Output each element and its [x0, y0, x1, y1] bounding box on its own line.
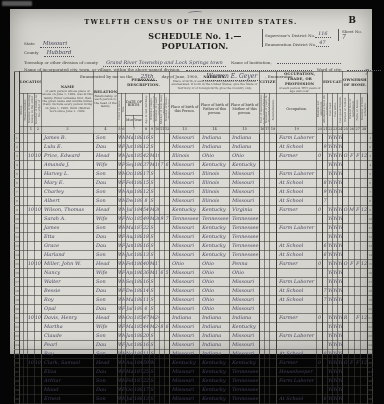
column-group-header: NATIVITY.Place of birth of each person a… — [170, 72, 260, 94]
cell-farm-schedule — [361, 188, 368, 197]
cell-dob-month: Jan — [126, 332, 134, 341]
table-row: 6Mary E.DauWFFeb188515SMissouriIllinoisM… — [15, 179, 373, 188]
cell-relation: Son — [94, 251, 118, 260]
cell-age: 13 — [143, 251, 150, 260]
cell-naturalization — [270, 215, 277, 224]
cell-age: 37 — [143, 161, 150, 170]
enumeration-district-value: 47 — [316, 40, 328, 47]
cell-family — [35, 287, 42, 296]
cell-name: Walter — [42, 278, 94, 287]
cell-birthplace: Illinois — [170, 152, 200, 161]
column-number: 3 — [42, 127, 94, 134]
census-table-wrap: LOCATION.NAMEof each person whose place … — [14, 71, 368, 352]
cell-dwelling — [28, 269, 35, 278]
cell-birthplace: Ohio — [170, 260, 200, 269]
cell-birthplace: Missouri — [170, 251, 200, 260]
cell-relation: Son — [94, 278, 118, 287]
cell-birthplace: Indiana — [170, 314, 200, 323]
cell-relation: Head — [94, 152, 118, 161]
cell-age: 20 — [143, 332, 150, 341]
cell-mother-birthplace: Penna — [230, 260, 260, 269]
cell-dob-month: Dec — [126, 197, 134, 206]
table-header: LOCATION.NAMEof each person whose place … — [15, 72, 373, 134]
cell-dob-month: Jun — [126, 341, 134, 350]
cell-name: Etta — [42, 233, 94, 242]
cell-dwelling: 105 — [28, 260, 35, 269]
cell-name: Claude — [42, 332, 94, 341]
column-number: 1 — [28, 127, 35, 134]
cell-dob-year: 1887 — [134, 143, 143, 152]
cell-age: 11 — [143, 350, 150, 359]
cell-dwelling — [28, 251, 35, 260]
cell-name: Mary E. — [42, 179, 94, 188]
cell-dob-year: 1884 — [134, 134, 143, 143]
cell-farm-schedule — [361, 134, 368, 143]
column-number: 18 — [270, 127, 277, 134]
cell-father-birthplace: Kentucky — [200, 251, 230, 260]
cell-age: 17 — [143, 170, 150, 179]
cell-farm-schedule — [361, 242, 368, 251]
cell-dwelling — [28, 161, 35, 170]
line-number-right: 22 — [368, 323, 373, 332]
column-header: Place of birth of Father of this person. — [200, 94, 230, 127]
cell-father-birthplace: Indiana — [200, 332, 230, 341]
cell-birthplace: Missouri — [170, 323, 200, 332]
line-number-right: 21 — [368, 314, 373, 323]
line-number-right: 1 — [368, 134, 373, 143]
cell-birthplace: Missouri — [170, 269, 200, 278]
cell-father-birthplace: Indiana — [200, 341, 230, 350]
cell-name: Bessie — [42, 287, 94, 296]
line-number-right: 15 — [368, 260, 373, 269]
cell-dob-month: Nov — [126, 350, 134, 359]
column-header: DATE OF BIRTH. — [126, 94, 143, 115]
enumeration-district-label: Enumeration District No. — [265, 42, 316, 47]
cell-naturalization — [270, 359, 277, 365]
column-number: 4 — [94, 127, 118, 134]
cell-birthplace: Kentucky — [170, 359, 200, 365]
cell-dob-month: Sep — [126, 161, 134, 170]
column-header: Number of family, in the order of visita… — [35, 94, 42, 127]
column-number: 14 — [200, 127, 230, 134]
cell-farm-schedule: 124 — [361, 314, 368, 323]
cell-family — [35, 341, 42, 350]
cell-relation: Wife — [94, 269, 118, 278]
cell-farm-schedule: 125 — [361, 359, 368, 365]
cell-relation: Son — [94, 350, 118, 359]
cell-naturalization — [270, 350, 277, 359]
cell-father-birthplace: Kentucky — [200, 359, 230, 365]
cell-father-birthplace: Indiana — [200, 314, 230, 323]
cell-dob-year: 1856 — [134, 323, 143, 332]
cell-dob-month: Jun — [126, 251, 134, 260]
census-title: TWELFTH CENSUS OF THE UNITED STATES. — [10, 18, 372, 26]
cell-dwelling — [28, 323, 35, 332]
line-number-right: 5 — [368, 170, 373, 179]
cell-birthplace: Missouri — [170, 287, 200, 296]
cell-family — [35, 224, 42, 233]
cell-farm-schedule — [361, 305, 368, 314]
cell-age: 14 — [143, 287, 150, 296]
table-row: 25RaySonWMNov188811SMissouriIndianaMisso… — [15, 350, 373, 359]
column-group-header: NAMEof each person whose place of abode … — [42, 72, 94, 127]
cell-dob-year: 1880 — [134, 332, 143, 341]
table-row: 26107108Clark, SamuelHeadWMAug184059WdKe… — [15, 359, 373, 365]
cell-father-birthplace: Ohio — [200, 278, 230, 287]
cell-name: Roy — [42, 296, 94, 305]
line-number-right: 20 — [368, 305, 373, 314]
cell-family — [35, 305, 42, 314]
cell-name: Martha — [42, 323, 94, 332]
cell-naturalization — [270, 341, 277, 350]
cell-occupation: At School — [277, 242, 317, 251]
cell-naturalization — [270, 305, 277, 314]
cell-name: Pearl — [42, 341, 94, 350]
cell-birthplace: Kentucky — [170, 206, 200, 215]
cell-naturalization — [270, 323, 277, 332]
cell-age: 15 — [143, 179, 150, 188]
cell-occupation: Farm Laborer — [277, 224, 317, 233]
column-header: Age at last birthday. — [143, 94, 150, 127]
cell-birthplace: Missouri — [170, 170, 200, 179]
table-row: 8AlbertSonWMDec18918SMissouriIllinoisMis… — [15, 197, 373, 206]
column-number: 8 — [143, 127, 150, 134]
line-number-right: 14 — [368, 251, 373, 260]
cell-dob-year: 1878 — [134, 224, 143, 233]
cell-mother-birthplace: Kentucky — [230, 359, 260, 365]
cell-dwelling — [28, 170, 35, 179]
cell-birthplace: Missouri — [170, 224, 200, 233]
line-number-right: 25 — [368, 350, 373, 359]
cell-family — [35, 179, 42, 188]
cell-age: 16 — [143, 341, 150, 350]
line-number-right: 17 — [368, 278, 373, 287]
cell-age: 16 — [143, 278, 150, 287]
cell-relation: Son — [94, 224, 118, 233]
film-edge-label — [2, 1, 32, 6]
column-group-header: LOCATION. — [20, 72, 42, 94]
table-row: 16NancyWifeWFApr186436M1765MissouriOhioO… — [15, 269, 373, 278]
table-row: 3103104Price, EdwardHeadWMJan185842M19Il… — [15, 152, 373, 161]
cell-occupation: At School — [277, 197, 317, 206]
cell-dob-year: 1882 — [134, 170, 143, 179]
cell-dwelling — [28, 332, 35, 341]
cell-birthplace: Missouri — [170, 143, 200, 152]
cell-dwelling — [28, 287, 35, 296]
cell-dob-year: 1860 — [134, 260, 143, 269]
cell-occupation: Farm Laborer — [277, 170, 317, 179]
cell-dwelling — [28, 305, 35, 314]
dob-sub-header: Month. — [126, 115, 134, 127]
cell-birthplace: Missouri — [170, 179, 200, 188]
cell-naturalization — [270, 143, 277, 152]
cell-occupation — [277, 269, 317, 278]
cell-dob-year: 1888 — [134, 188, 143, 197]
cell-farm-schedule — [361, 179, 368, 188]
cell-father-birthplace: Illinois — [200, 188, 230, 197]
cell-relation: Wife — [94, 323, 118, 332]
cell-family — [35, 233, 42, 242]
cell-name: James — [42, 224, 94, 233]
cell-mother-birthplace: Tennessee — [230, 251, 260, 260]
cell-naturalization — [270, 233, 277, 242]
cell-naturalization — [270, 278, 277, 287]
cell-relation: Dau — [94, 233, 118, 242]
microfilm-background: { "header": { "title": "TWELFTH CENSUS O… — [0, 0, 384, 365]
column-header: Mother of how many children. — [160, 94, 165, 127]
column-number: 13 — [170, 127, 200, 134]
cell-relation: Son — [94, 332, 118, 341]
cell-dob-month: Aug — [126, 233, 134, 242]
cell-dwelling — [28, 224, 35, 233]
cell-name: James B. — [42, 134, 94, 143]
cell-mother-birthplace: Tennessee — [230, 233, 260, 242]
cell-naturalization — [270, 170, 277, 179]
cell-name: Charley — [42, 188, 94, 197]
cell-family — [35, 269, 42, 278]
cell-mother-birthplace: Tennessee — [230, 215, 260, 224]
cell-dob-year: 1888 — [134, 350, 143, 359]
cell-occupation: Farmer — [277, 152, 317, 161]
line-number-right: 23 — [368, 332, 373, 341]
cell-name: Sarah A. — [42, 215, 94, 224]
cell-naturalization — [270, 314, 277, 323]
cell-dwelling: 106 — [28, 314, 35, 323]
cell-father-birthplace: Illinois — [200, 170, 230, 179]
cell-dob-month: Sep — [126, 278, 134, 287]
table-row: 13GraceDauWFJan188416SMissouriKentuckyTe… — [15, 242, 373, 251]
district-box: Supervisor's District No. 116 Enumeratio… — [262, 29, 335, 47]
cell-family — [35, 134, 42, 143]
cell-family — [35, 332, 42, 341]
cell-dob-month: Jul — [126, 305, 134, 314]
cell-name: Clark, Samuel — [42, 359, 94, 365]
table-row: 12EttaDauWFAug188118SMissouriKentuckyTen… — [15, 233, 373, 242]
cell-age: 36 — [143, 269, 150, 278]
cell-birthplace: Missouri — [170, 242, 200, 251]
cell-dob-year: 1883 — [134, 341, 143, 350]
cell-name: Nancy — [42, 269, 94, 278]
cell-occupation — [277, 215, 317, 224]
column-number: 7 — [126, 127, 143, 134]
handwritten-check-mark — [188, 11, 202, 16]
column-header: Place of birth of this Person. — [170, 94, 200, 127]
cell-father-birthplace: Ohio — [200, 152, 230, 161]
cell-occupation: At School — [277, 296, 317, 305]
cell-father-birthplace: Kentucky — [200, 242, 230, 251]
cell-father-birthplace: Tennessee — [200, 215, 230, 224]
cell-dob-year: 1889 — [134, 296, 143, 305]
cell-naturalization — [270, 332, 277, 341]
cell-age: 59 — [143, 359, 150, 365]
cell-naturalization — [270, 260, 277, 269]
cell-dwelling — [28, 143, 35, 152]
cell-family — [35, 197, 42, 206]
cell-dwelling — [28, 197, 35, 206]
cell-dwelling — [28, 350, 35, 359]
cell-dob-year: 1845 — [134, 206, 143, 215]
cell-occupation: Farmer — [277, 206, 317, 215]
cell-mother-birthplace: Missouri — [230, 188, 260, 197]
cell-family — [35, 242, 42, 251]
cell-birthplace: Missouri — [170, 296, 200, 305]
cell-farm-schedule — [361, 296, 368, 305]
cell-relation: Son — [94, 296, 118, 305]
table-row: 15105106Miller, John W.HeadWMFeb186040M1… — [15, 260, 373, 269]
cell-father-birthplace: Indiana — [200, 143, 230, 152]
cell-occupation — [277, 323, 317, 332]
column-header: Naturalization. — [270, 94, 277, 127]
cell-relation: Dau — [94, 242, 118, 251]
cell-occupation — [277, 305, 317, 314]
column-header: Occupation. — [277, 94, 317, 127]
cell-mother-birthplace: Indiana — [230, 134, 260, 143]
cell-dob-year: 1891 — [134, 197, 143, 206]
column-header: Months not employed. — [317, 94, 323, 127]
dob-sub-header: Year. — [134, 115, 143, 127]
cell-relation: Head — [94, 206, 118, 215]
cell-relation: Dau — [94, 305, 118, 314]
column-header: Number of these children living. — [165, 94, 170, 127]
cell-dob-month: Oct — [126, 170, 134, 179]
cell-age: 42 — [143, 152, 150, 161]
cell-birthplace: Missouri — [170, 350, 200, 359]
cell-naturalization — [270, 296, 277, 305]
cell-father-birthplace: Ohio — [200, 305, 230, 314]
cell-age: 16 — [143, 134, 150, 143]
cell-dwelling — [28, 242, 35, 251]
cell-age: 11 — [143, 296, 150, 305]
cell-dob-year: 1883 — [134, 278, 143, 287]
cell-dob-year: 1893 — [134, 305, 143, 314]
cell-family — [35, 188, 42, 197]
cell-occupation: At School — [277, 179, 317, 188]
line-number-right: 6 — [368, 179, 373, 188]
cell-naturalization — [270, 206, 277, 215]
cell-farm-schedule — [361, 332, 368, 341]
cell-naturalization — [270, 287, 277, 296]
cell-dwelling — [28, 134, 35, 143]
line-number-right: 10 — [368, 215, 373, 224]
column-group-header: PERSONAL DESCRIPTION. — [118, 72, 170, 94]
table-row: 19RoySonWMMar188911SMissouriOhioMissouri… — [15, 296, 373, 305]
census-rows: 1James B.SonWMMar188416SMissouriIndianaI… — [15, 134, 373, 365]
cell-family — [35, 350, 42, 359]
cell-dob-month: Apr — [126, 269, 134, 278]
schedule-title: SCHEDULE No. 1.—POPULATION. — [115, 31, 275, 51]
supervisor-district-value: 116 — [315, 31, 331, 38]
column-group-header: RELATION.Relationship of each person to … — [94, 72, 118, 127]
cell-age: 6 — [143, 305, 150, 314]
line-number-right: 18 — [368, 287, 373, 296]
line-number-right: 24 — [368, 341, 373, 350]
cell-dob-year: 1862 — [134, 161, 143, 170]
supervisor-district-label: Supervisor's District No. — [265, 33, 315, 38]
cell-birthplace: Missouri — [170, 197, 200, 206]
table-row: 17WalterSonWMSep188316SMissouriOhioMisso… — [15, 278, 373, 287]
cell-name: Amanda J. — [42, 161, 94, 170]
cell-naturalization — [270, 251, 277, 260]
column-group-header: OWNERSHIP OF HOME. — [343, 72, 368, 94]
cell-family — [35, 323, 42, 332]
cell-occupation: Farmer — [277, 359, 317, 365]
column-header: Number of years in the United States. — [265, 94, 270, 127]
cell-mother-birthplace: Tennessee — [230, 224, 260, 233]
cell-family — [35, 251, 42, 260]
cell-mother-birthplace: Indiana — [230, 143, 260, 152]
column-group-header: EDUCATION. — [323, 72, 343, 94]
column-number: 15 — [230, 127, 260, 134]
cell-farm-schedule — [361, 278, 368, 287]
cell-dob-year: 1852 — [134, 314, 143, 323]
cell-mother-birthplace: Kentucky — [230, 161, 260, 170]
census-table: LOCATION.NAMEof each person whose place … — [14, 71, 373, 365]
line-number-right: 19 — [368, 296, 373, 305]
column-header: Number of farm schedule. — [361, 94, 368, 127]
page-letter: B — [348, 16, 356, 26]
cell-relation: Son — [94, 134, 118, 143]
cell-dob-year: 1850 — [134, 215, 143, 224]
cell-dob-year: 1881 — [134, 233, 143, 242]
cell-farm-schedule — [361, 269, 368, 278]
table-row: 20OpalDauWFJul18936SMissouriOhioMissouri… — [15, 305, 373, 314]
cell-occupation: Farm Laborer — [277, 134, 317, 143]
cell-mother-birthplace: Missouri — [230, 350, 260, 359]
cell-family — [35, 143, 42, 152]
sheet-value: 7 — [342, 34, 374, 41]
cell-relation: Wife — [94, 215, 118, 224]
column-number: 28 — [361, 127, 368, 134]
table-row: 7CharleySonWMApr188812SMissouriIllinoisM… — [15, 188, 373, 197]
cell-age: 12 — [143, 188, 150, 197]
cell-relation: Head — [94, 260, 118, 269]
cell-father-birthplace: Kentucky — [200, 161, 230, 170]
column-header: Number of years married. — [155, 94, 160, 127]
cell-birthplace: Missouri — [170, 188, 200, 197]
cell-relation: Head — [94, 314, 118, 323]
cell-name: Davis, Henry — [42, 314, 94, 323]
cell-dob-month: Feb — [126, 179, 134, 188]
cell-occupation — [277, 161, 317, 170]
cell-age: 54 — [143, 206, 150, 215]
table-row: 21106107Davis, HenryHeadWMOct185247M24In… — [15, 314, 373, 323]
cell-family: 104 — [35, 152, 42, 161]
sheet-box: Sheet No. 7 — [338, 29, 374, 41]
cell-family: 107 — [35, 314, 42, 323]
cell-occupation: At School — [277, 287, 317, 296]
cell-dob-year: 1840 — [134, 359, 143, 365]
cell-family — [35, 278, 42, 287]
cell-mother-birthplace: Kentucky — [230, 323, 260, 332]
cell-father-birthplace: Ohio — [200, 296, 230, 305]
cell-age: 18 — [143, 233, 150, 242]
line-number-right: 16 — [368, 269, 373, 278]
line-number-right: 9 — [368, 206, 373, 215]
cell-relation: Son — [94, 170, 118, 179]
cell-dob-month: May — [126, 323, 134, 332]
cell-name: Price, Edward — [42, 152, 94, 161]
cell-father-birthplace: Kentucky — [200, 206, 230, 215]
line-number-right: 8 — [368, 197, 373, 206]
cell-farm-schedule: 122 — [361, 206, 368, 215]
cell-relation: Head — [94, 359, 118, 365]
table-row: 5Harvey L.SonWMOct188217SMissouriIllinoi… — [15, 170, 373, 179]
table-row: 11JamesSonWMMay187822SMissouriKentuckyTe… — [15, 224, 373, 233]
cell-family — [35, 215, 42, 224]
cell-age: 22 — [143, 224, 150, 233]
cell-farm-schedule: 123 — [361, 260, 368, 269]
cell-age: 49 — [143, 215, 150, 224]
